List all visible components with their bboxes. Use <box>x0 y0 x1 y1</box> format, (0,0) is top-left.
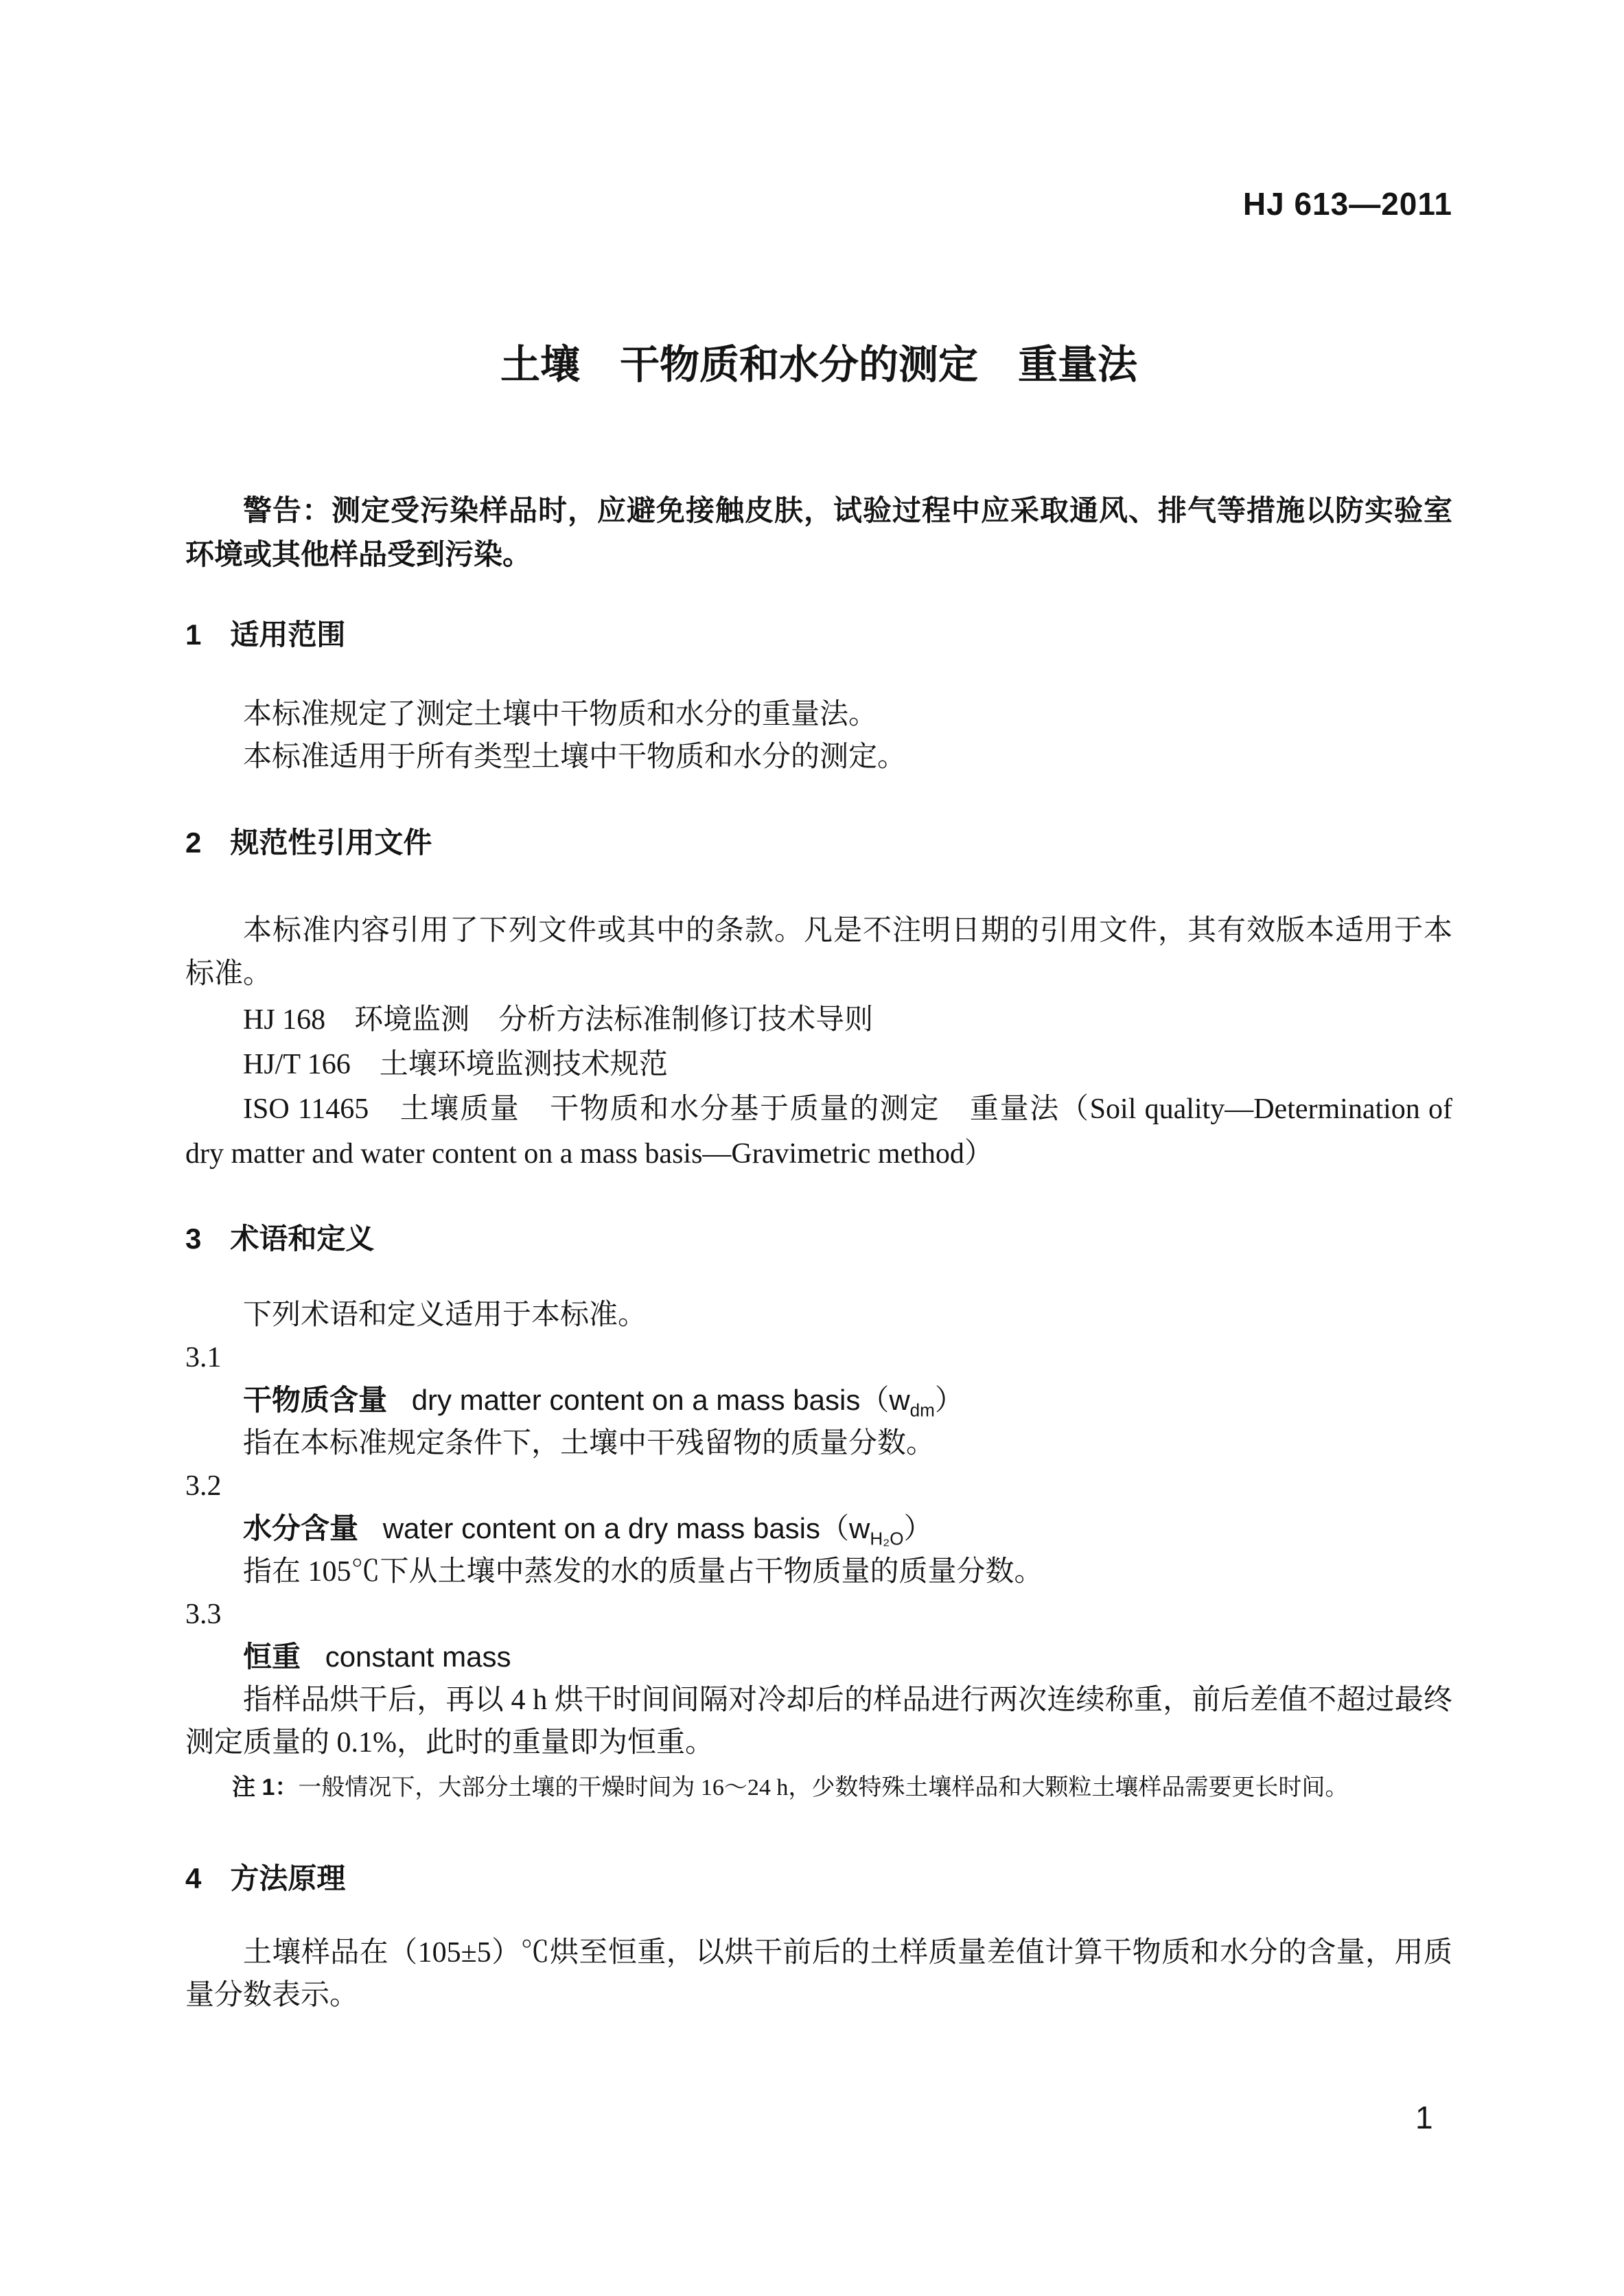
document-title: 土壤 干物质和水分的测定 重量法 <box>185 341 1452 389</box>
note-1: 注 1：一般情况下，大部分土壤的干燥时间为 16～24 h，少数特殊土壤样品和大… <box>185 1771 1452 1805</box>
term-3-2-symbol-open: （w <box>820 1512 870 1544</box>
term-3-3-definition: 指样品烘干后，再以 4 h 烘干时间间隔对冷却后的样品进行两次连续称重，前后差值… <box>185 1679 1452 1764</box>
term-3-2-en: water content on a dry mass basis <box>383 1512 820 1544</box>
term-3-1-symbol-subscript: dm <box>910 1400 935 1420</box>
section-3-heading: 3 术语和定义 <box>185 1221 1452 1257</box>
reference-hj168: HJ 168 环境监测 分析方法标准制修订技术导则 <box>185 998 1452 1043</box>
warning-paragraph: 警告：测定受污染样品时，应避免接触皮肤，试验过程中应采取通风、排气等措施以防实验… <box>185 489 1452 577</box>
term-3-1-number: 3.1 <box>185 1336 1452 1379</box>
section-1-heading: 1 适用范围 <box>185 617 1452 653</box>
term-3-2-symbol: （wH₂O） <box>820 1512 933 1544</box>
term-3-2-title: 水分含量water content on a dry mass basis（wH… <box>185 1507 1452 1551</box>
term-3-1-definition: 指在本标准规定条件下，土壤中干残留物的质量分数。 <box>185 1422 1452 1465</box>
term-3-2: 3.2 水分含量water content on a dry mass basi… <box>185 1465 1452 1593</box>
term-3-3-title: 恒重constant mass <box>185 1636 1452 1679</box>
standard-code: HJ 613—2011 <box>185 0 1452 221</box>
reference-hjt166: HJ/T 166 土壤环境监测技术规范 <box>185 1043 1452 1087</box>
term-3-2-symbol-subscript: H₂O <box>870 1528 903 1549</box>
term-3-1-title: 干物质含量dry matter content on a mass basis（… <box>185 1379 1452 1422</box>
document-page: HJ 613—2011 土壤 干物质和水分的测定 重量法 警告：测定受污染样品时… <box>0 0 1624 2017</box>
term-3-1-zh: 干物质含量 <box>243 1384 387 1416</box>
term-3-3: 3.3 恒重constant mass 指样品烘干后，再以 4 h 烘干时间间隔… <box>185 1593 1452 1805</box>
term-3-1-en: dry matter content on a mass basis <box>412 1384 861 1416</box>
section-4-paragraph: 土壤样品在（105±5）℃烘至恒重，以烘干前后的土样质量差值计算干物质和水分的含… <box>185 1932 1452 2017</box>
term-3-1-symbol: （wdm） <box>860 1384 964 1416</box>
term-3-2-definition: 指在 105℃下从土壤中蒸发的水的质量占干物质量的质量分数。 <box>185 1551 1452 1593</box>
term-3-3-number: 3.3 <box>185 1593 1452 1636</box>
reference-iso11465: ISO 11465 土壤质量 干物质和水分基于质量的测定 重量法（Soil qu… <box>185 1087 1452 1176</box>
section-3-intro: 下列术语和定义适用于本标准。 <box>185 1294 1452 1336</box>
term-3-3-en: constant mass <box>325 1640 511 1673</box>
term-3-3-zh: 恒重 <box>243 1640 301 1673</box>
term-3-2-number: 3.2 <box>185 1465 1452 1507</box>
note-1-label: 注 1： <box>232 1774 298 1800</box>
section-1-paragraph-2: 本标准适用于所有类型土壤中干物质和水分的测定。 <box>185 736 1452 778</box>
page-number: 1 <box>1415 2102 1433 2133</box>
normative-references-list: HJ 168 环境监测 分析方法标准制修订技术导则 HJ/T 166 土壤环境监… <box>185 998 1452 1176</box>
term-3-2-symbol-close: ） <box>904 1512 933 1544</box>
term-3-1-symbol-open: （w <box>860 1384 909 1416</box>
section-4-heading: 4 方法原理 <box>185 1861 1452 1897</box>
term-3-2-zh: 水分含量 <box>243 1512 358 1544</box>
note-1-text: 一般情况下，大部分土壤的干燥时间为 16～24 h，少数特殊土壤样品和大颗粒土壤… <box>298 1775 1348 1800</box>
section-2-intro: 本标准内容引用了下列文件或其中的条款。凡是不注明日期的引用文件，其有效版本适用于… <box>185 909 1452 996</box>
term-3-1-symbol-close: ） <box>935 1384 964 1416</box>
term-3-1: 3.1 干物质含量dry matter content on a mass ba… <box>185 1336 1452 1465</box>
section-2-heading: 2 规范性引用文件 <box>185 825 1452 861</box>
section-1-paragraph-1: 本标准规定了测定土壤中干物质和水分的重量法。 <box>185 693 1452 736</box>
